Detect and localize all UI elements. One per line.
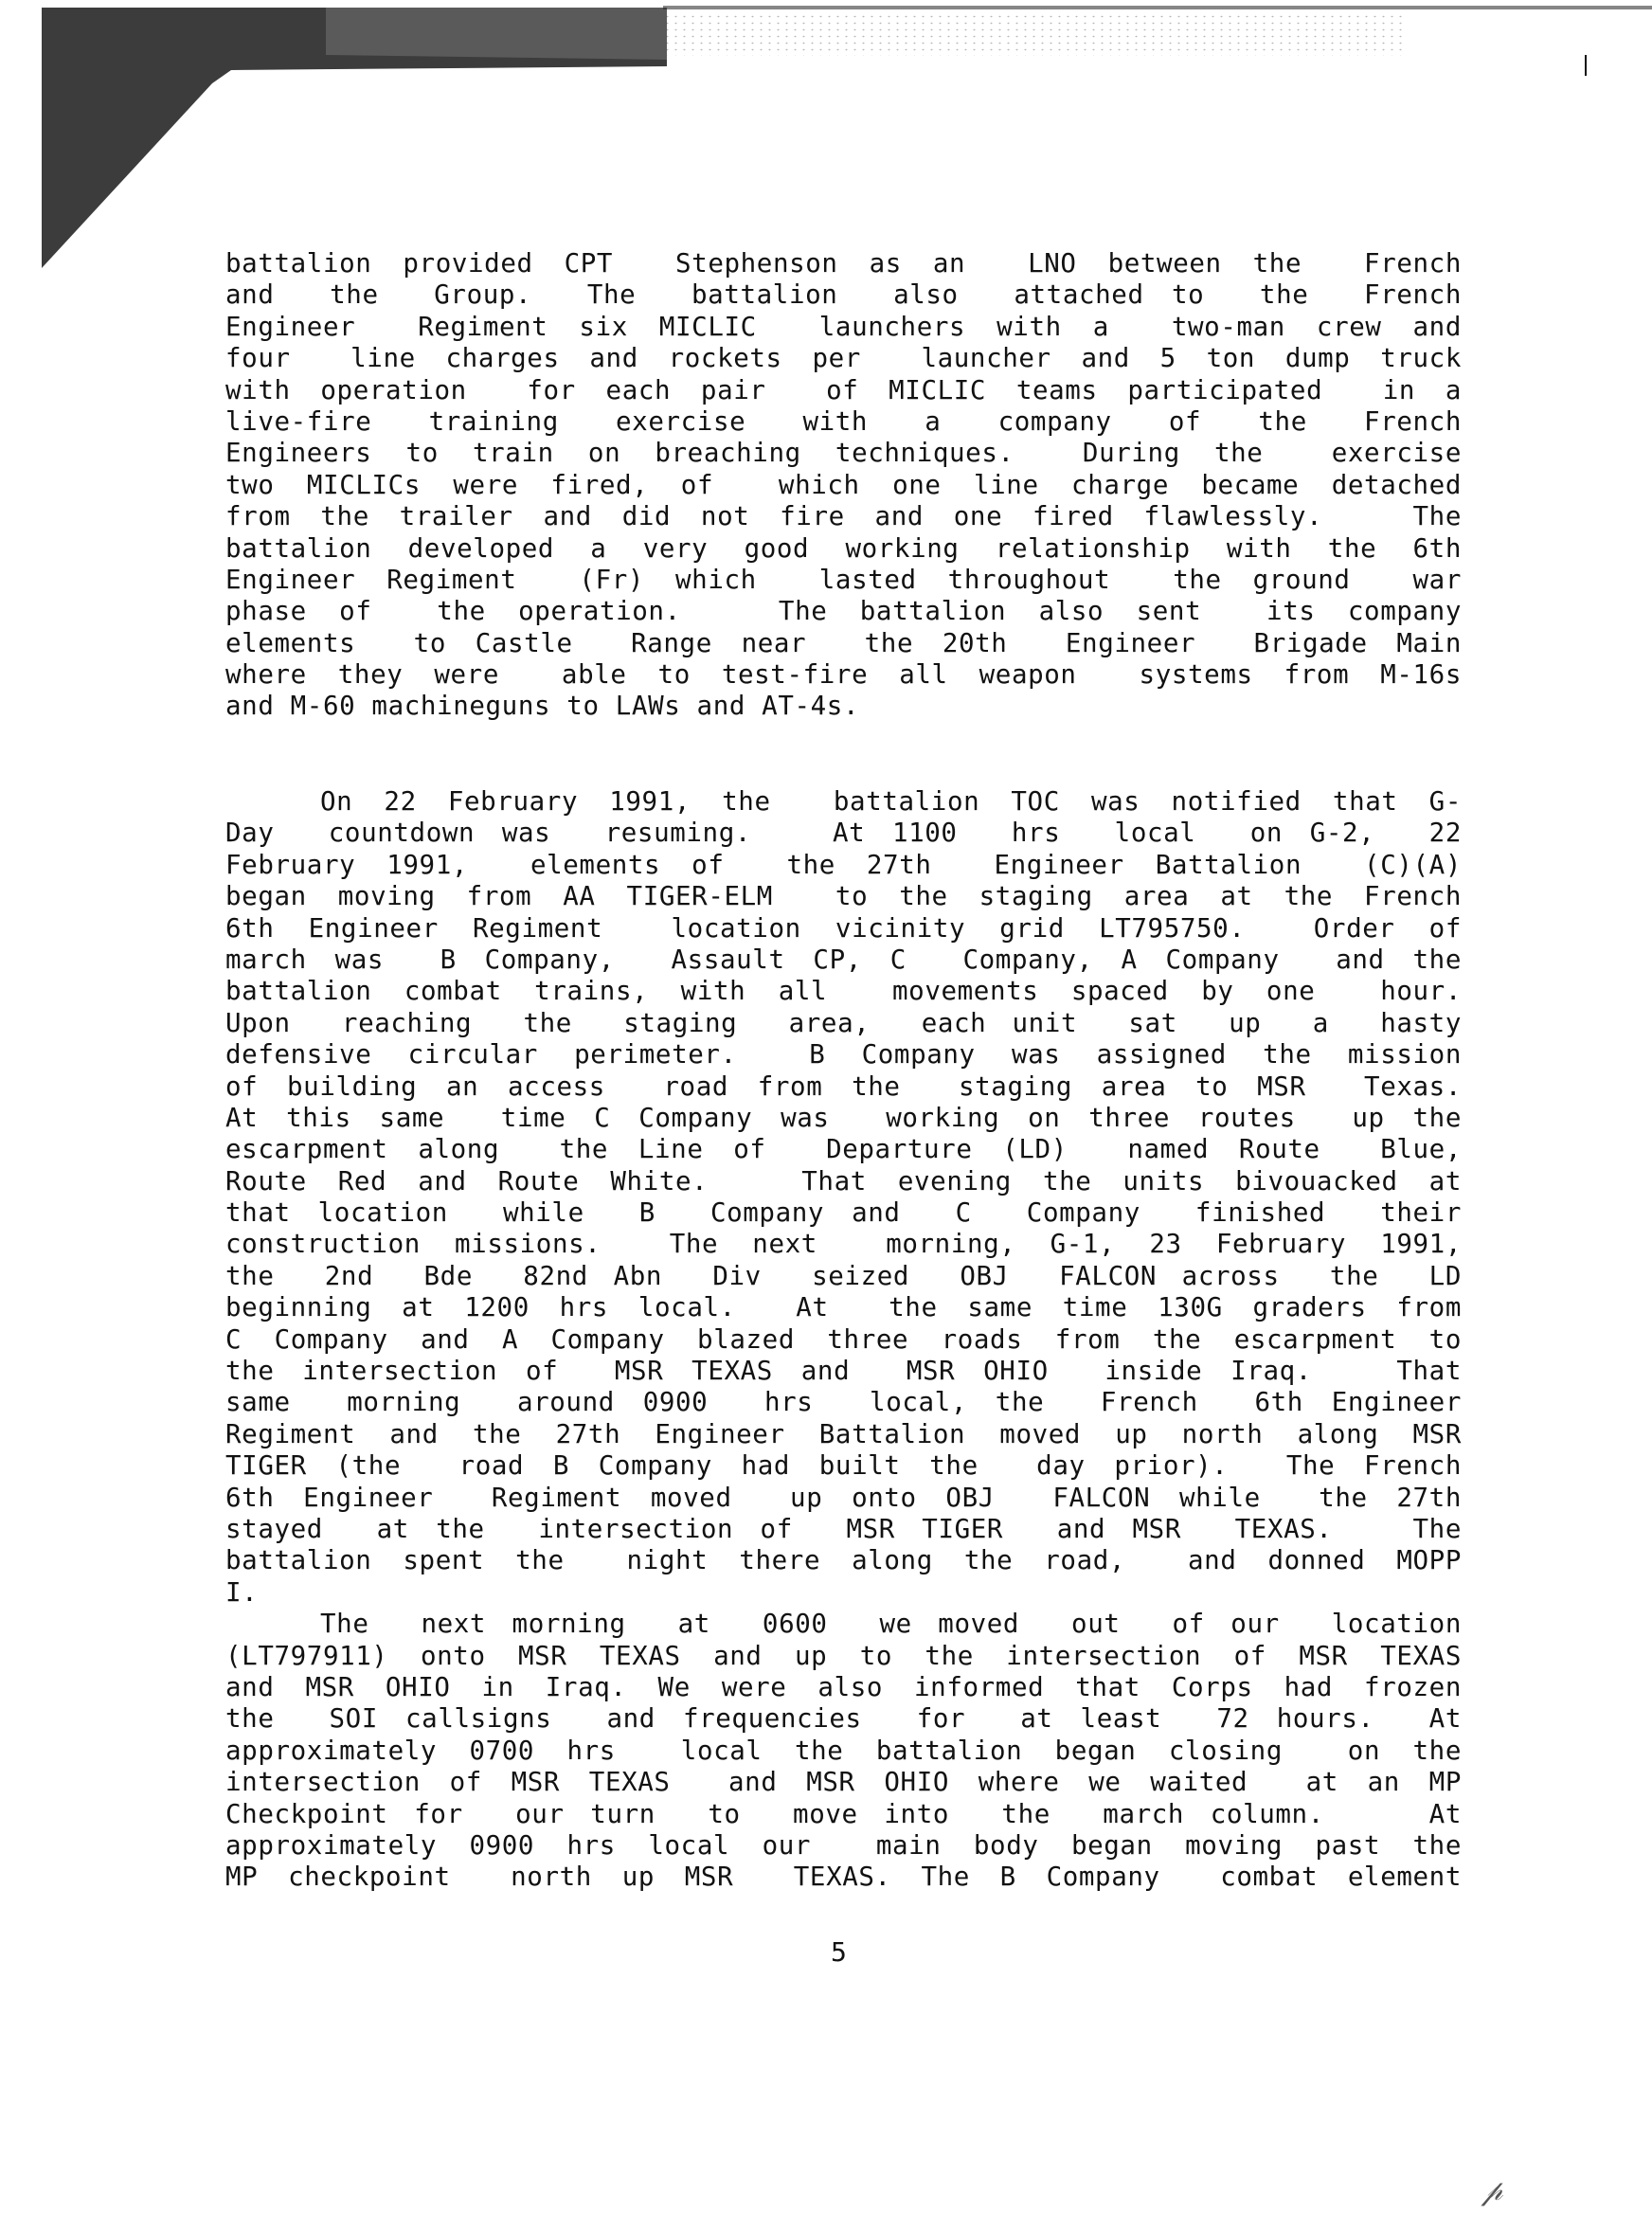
text-line: battalion developed a very good working …	[225, 533, 1462, 565]
text-line: defensive circular perimeter. B Company …	[225, 1039, 1462, 1071]
text-line: with operation for each pair of MICLIC t…	[225, 375, 1462, 406]
text-line: I.	[225, 1577, 1462, 1609]
text-line: 6th Engineer Regiment moved up onto OBJ …	[225, 1483, 1462, 1514]
text-line: battalion spent the night there along th…	[225, 1545, 1462, 1576]
text-line: the intersection of MSR TEXAS and MSR OH…	[225, 1356, 1462, 1387]
text-line: MP checkpoint north up MSR TEXAS. The B …	[225, 1862, 1462, 1893]
text-line: same morning around 0900 hrs local, the …	[225, 1387, 1462, 1418]
text-line: Route Red and Route White. That evening …	[225, 1166, 1462, 1197]
text-line: approximately 0700 hrs local the battali…	[225, 1736, 1462, 1767]
text-line: On 22 February 1991, the battalion TOC w…	[225, 786, 1462, 818]
text-line: and MSR OHIO in Iraq. We were also infor…	[225, 1672, 1462, 1703]
text-line: of building an access road from the stag…	[225, 1071, 1462, 1103]
text-line: the SOI callsigns and frequencies for at…	[225, 1703, 1462, 1735]
paragraph-1: battalion provided CPT Stephenson as an …	[225, 248, 1462, 723]
text-line: TIGER (the road B Company had built the …	[225, 1450, 1462, 1482]
text-line: that location while B Company and C Comp…	[225, 1197, 1462, 1229]
text-line: Engineer Regiment six MICLIC launchers w…	[225, 312, 1462, 343]
page-number: 5	[831, 1936, 847, 1968]
scan-mark	[1585, 55, 1587, 76]
text-line: the 2nd Bde 82nd Abn Div seized OBJ FALC…	[225, 1261, 1462, 1292]
text-line: battalion provided CPT Stephenson as an …	[225, 248, 1462, 279]
text-line: two MICLICs were fired, of which one lin…	[225, 470, 1462, 501]
scan-speckle	[663, 13, 1402, 56]
text-line: four line charges and rockets per launch…	[225, 343, 1462, 374]
text-line: 6th Engineer Regiment location vicinity …	[225, 913, 1462, 945]
text-line: Engineers to train on breaching techniqu…	[225, 438, 1462, 469]
text-line: phase of the operation. The battalion al…	[225, 596, 1462, 627]
text-line: march was B Company, Assault CP, C Compa…	[225, 945, 1462, 976]
scan-handwritten-mark: 𝓅	[1482, 2174, 1502, 2207]
scan-corner-artifact	[42, 8, 667, 273]
text-line: Engineer Regiment (Fr) which lasted thro…	[225, 565, 1462, 596]
text-line: At this same time C Company was working …	[225, 1103, 1462, 1134]
text-line: and M-60 machineguns to LAWs and AT-4s.	[225, 691, 1462, 722]
text-line: Checkpoint for our turn to move into the…	[225, 1799, 1462, 1830]
text-line: live-fire training exercise with a compa…	[225, 406, 1462, 438]
text-line: from the trailer and did not fire and on…	[225, 501, 1462, 532]
text-line: battalion combat trains, with all moveme…	[225, 976, 1462, 1007]
text-line: approximately 0900 hrs local our main bo…	[225, 1830, 1462, 1862]
text-line: The next morning at 0600 we moved out of…	[225, 1609, 1462, 1640]
text-line: February 1991, elements of the 27th Engi…	[225, 850, 1462, 881]
text-line: intersection of MSR TEXAS and MSR OHIO w…	[225, 1767, 1462, 1798]
text-line: where they were able to test-fire all we…	[225, 659, 1462, 691]
text-line: Regiment and the 27th Engineer Battalion…	[225, 1419, 1462, 1450]
paragraph-2: On 22 February 1991, the battalion TOC w…	[225, 786, 1462, 1894]
document-page: battalion provided CPT Stephenson as an …	[0, 0, 1652, 2213]
text-line: elements to Castle Range near the 20th E…	[225, 628, 1462, 659]
scan-top-edge	[663, 6, 1652, 9]
text-line: stayed at the intersection of MSR TIGER …	[225, 1514, 1462, 1545]
text-line: and the Group. The battalion also attach…	[225, 279, 1462, 311]
text-line: construction missions. The next morning,…	[225, 1229, 1462, 1260]
text-line: escarpment along the Line of Departure (…	[225, 1134, 1462, 1165]
text-line: C Company and A Company blazed three roa…	[225, 1324, 1462, 1356]
text-line: Day countdown was resuming. At 1100 hrs …	[225, 818, 1462, 849]
text-line: beginning at 1200 hrs local. At the same…	[225, 1292, 1462, 1323]
text-line: (LT797911) onto MSR TEXAS and up to the …	[225, 1641, 1462, 1672]
text-line: Upon reaching the staging area, each uni…	[225, 1008, 1462, 1039]
text-line: began moving from AA TIGER-ELM to the st…	[225, 881, 1462, 912]
